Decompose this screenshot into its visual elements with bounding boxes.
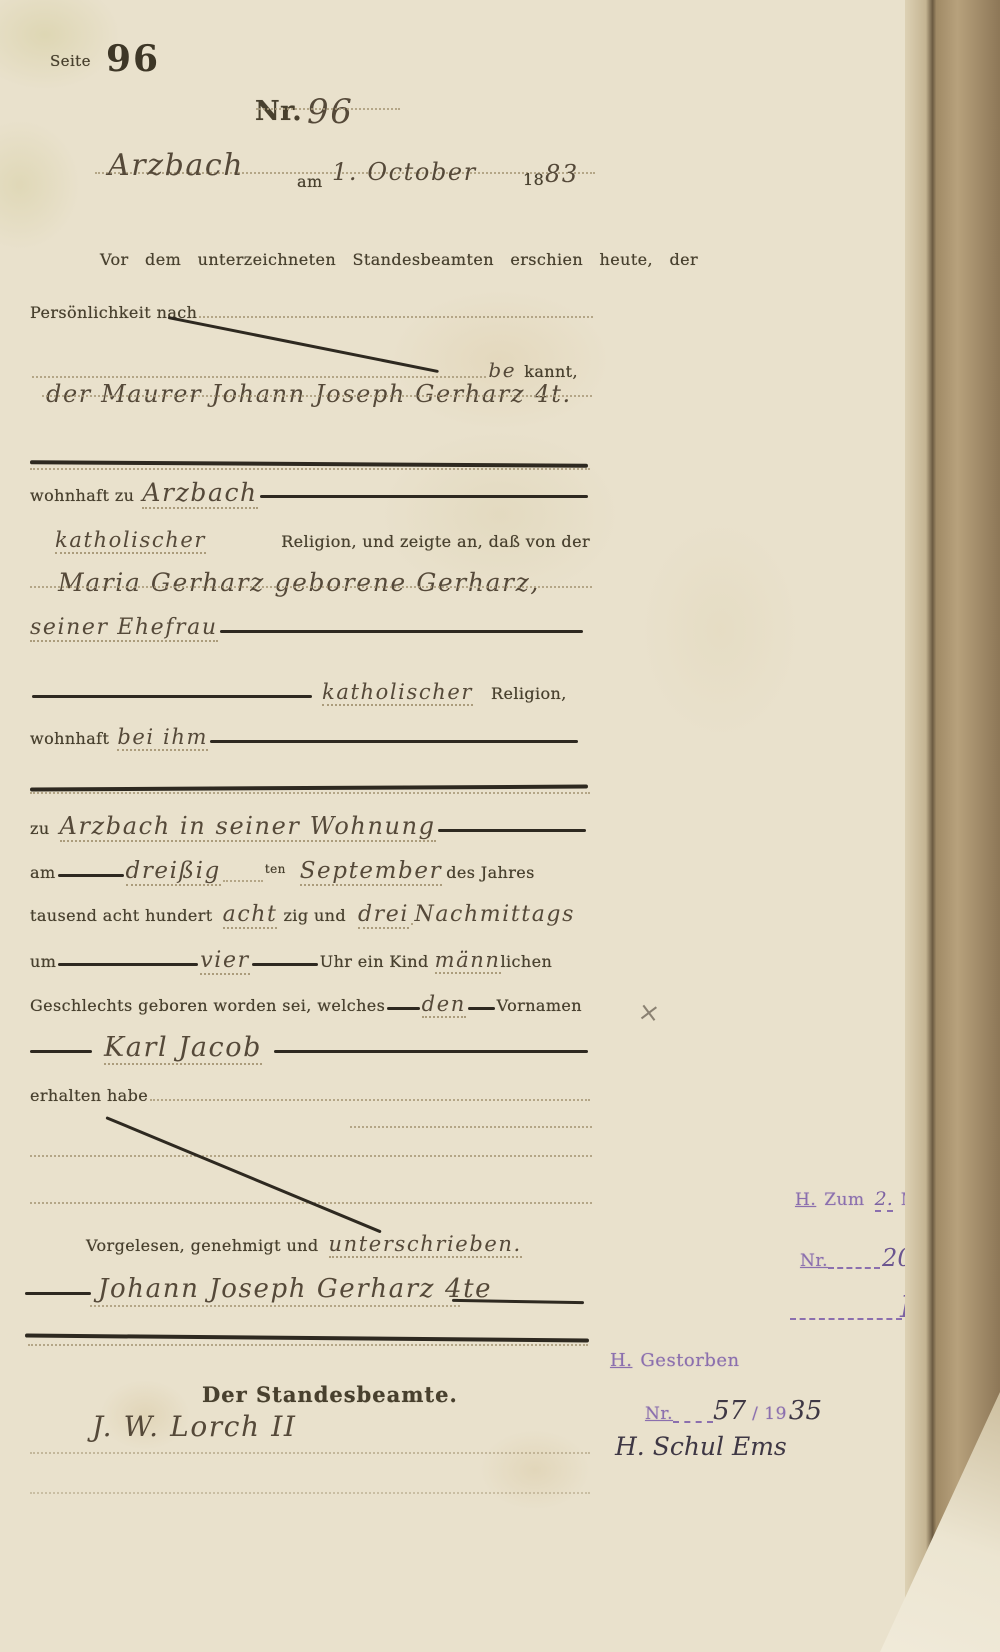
form-line-religion1: katholischer Religion, und zeigte an, da… bbox=[55, 528, 590, 554]
blank-line bbox=[30, 792, 590, 794]
birthplace-entry: Arzbach in seiner Wohnung bbox=[60, 812, 436, 842]
bei-ihm-entry: bei ihm bbox=[117, 725, 208, 751]
religion2-label: Religion, bbox=[491, 684, 567, 703]
unterschrieben-entry: unterschrieben. bbox=[329, 1232, 522, 1258]
blank-line bbox=[30, 1492, 590, 1494]
day-entry: dreißig bbox=[126, 858, 221, 886]
stamp-h-label: H. bbox=[610, 1350, 632, 1371]
lichen-label: lichen bbox=[501, 952, 553, 971]
stamp-nr-label: Nr. bbox=[645, 1404, 673, 1424]
strike-line bbox=[32, 695, 312, 698]
geschlechts-label: Geschlechts geboren worden sei, welches bbox=[30, 996, 385, 1015]
page-edge-gutter bbox=[905, 0, 1000, 1652]
form-line-wohnhaft-zu: wohnhaft zu Arzbach bbox=[30, 478, 590, 509]
register-page: Seite 96 Nr. 96 Arzbach am 1. October 18… bbox=[0, 0, 1000, 1652]
strike-line bbox=[274, 1050, 588, 1053]
stamp-blank bbox=[673, 1421, 713, 1423]
erhalten-habe-label: erhalten habe bbox=[30, 1086, 148, 1105]
paper-stain bbox=[640, 520, 800, 740]
form-line-religion2: katholischer Religion, bbox=[30, 680, 585, 706]
child-name-entry: Karl Jacob bbox=[104, 1032, 262, 1065]
declarant-entry: der Maurer Johann Joseph Gerharz 4t. bbox=[46, 380, 572, 408]
blank-line bbox=[223, 880, 263, 882]
record-nr-label: Nr. bbox=[255, 96, 302, 127]
strike-line bbox=[252, 963, 318, 966]
stamp-h-label: H. bbox=[795, 1190, 816, 1210]
blank-line bbox=[32, 376, 486, 378]
be-entry: be bbox=[488, 358, 516, 382]
strike-line bbox=[25, 1334, 589, 1343]
stamp-zum-label: Zum bbox=[824, 1190, 864, 1210]
form-line-childname: Karl Jacob bbox=[28, 1032, 590, 1065]
strike-line bbox=[30, 1050, 92, 1053]
form-line-vorgelesen: Vorgelesen, genehmigt und unterschrieben… bbox=[86, 1232, 516, 1258]
stamp-death: H. Gestorben bbox=[610, 1350, 830, 1371]
blank-line bbox=[30, 468, 590, 470]
strike-line bbox=[210, 740, 578, 743]
stamp-times-entry: 2. bbox=[875, 1188, 893, 1212]
residence-entry: Arzbach bbox=[142, 478, 257, 509]
strike-line bbox=[30, 460, 588, 467]
date-entry: 1. October bbox=[332, 158, 477, 186]
record-nr-value: 96 bbox=[307, 92, 353, 132]
form-line-birthday: am dreißig ten September des Jahres bbox=[30, 858, 588, 886]
religion2-entry: katholischer bbox=[322, 680, 473, 706]
blank-line bbox=[199, 316, 593, 318]
form-line-erhalten: erhalten habe bbox=[30, 1086, 592, 1105]
form-line-bekannt: be kannt, bbox=[30, 358, 578, 382]
stamp-gestorben-label: Gestorben bbox=[640, 1350, 739, 1371]
strike-line bbox=[468, 1007, 495, 1010]
blank-line bbox=[30, 1155, 592, 1157]
blank-line bbox=[90, 1305, 460, 1307]
strike-diagonal bbox=[105, 1116, 381, 1233]
uhr-kind-label: Uhr ein Kind bbox=[320, 952, 429, 971]
drei-entry: drei bbox=[358, 902, 409, 929]
form-intro: Vor dem unterzeichneten Standesbeamten e… bbox=[100, 250, 595, 269]
zu-label: zu bbox=[30, 819, 50, 838]
death-year-entry: 35 bbox=[789, 1396, 822, 1426]
blank-line bbox=[42, 395, 592, 397]
strike-line bbox=[58, 963, 198, 966]
strike-line bbox=[438, 829, 586, 832]
den-entry: den bbox=[422, 992, 466, 1018]
stamp-death-nr: Nr. 57 / 19 35 bbox=[645, 1396, 905, 1426]
seite-label: Seite bbox=[50, 52, 91, 70]
declarant-signature: Johann Joseph Gerharz 4te bbox=[98, 1274, 492, 1304]
stamp-nr-label: Nr. bbox=[800, 1251, 828, 1271]
blank-line bbox=[30, 1452, 590, 1454]
acht-entry: acht bbox=[223, 902, 278, 929]
month-entry: September bbox=[300, 858, 442, 886]
vornamen-label: Vornamen bbox=[497, 996, 582, 1015]
form-line-hour: um vier Uhr ein Kind männ lichen bbox=[30, 948, 582, 975]
death-nr-entry: 57 bbox=[713, 1396, 746, 1426]
religion1-entry: katholischer bbox=[55, 528, 206, 554]
religion1-label: Religion, und zeigte an, daß von der bbox=[281, 532, 590, 551]
page-number: 96 bbox=[106, 38, 160, 80]
am2-label: am bbox=[30, 863, 56, 882]
stamp-blank bbox=[828, 1267, 880, 1269]
death-registrar-signature: H. Schul Ems bbox=[615, 1432, 787, 1461]
blank-line bbox=[150, 1099, 590, 1101]
form-line-ehefrau: seiner Ehefrau bbox=[30, 615, 585, 642]
um-label: um bbox=[30, 952, 56, 971]
ehefrau-entry: seiner Ehefrau bbox=[30, 615, 218, 642]
blank-line bbox=[411, 923, 412, 925]
strike-line bbox=[220, 630, 583, 633]
paper-stain bbox=[480, 1430, 590, 1510]
strike-line bbox=[58, 874, 124, 877]
daytime-entry: Nachmittags bbox=[414, 902, 575, 927]
stamp-slash-label: / 19 bbox=[752, 1404, 787, 1424]
form-line-vornamen: Geschlechts geboren worden sei, welches … bbox=[30, 992, 582, 1018]
strike-line bbox=[30, 785, 588, 792]
place-entry: Arzbach bbox=[108, 148, 244, 183]
century-print: 18 bbox=[523, 170, 544, 189]
form-line-birthplace: zu Arzbach in seiner Wohnung bbox=[30, 812, 588, 842]
strike-line bbox=[260, 495, 588, 498]
form-line-bei-ihm: wohnhaft bei ihm bbox=[30, 725, 580, 751]
wohnhaft-label: wohnhaft bbox=[30, 729, 109, 748]
hour-entry: vier bbox=[200, 948, 249, 975]
year-entry: 83 bbox=[545, 160, 579, 188]
vorgelesen-label: Vorgelesen, genehmigt und bbox=[86, 1236, 319, 1255]
pencil-x-mark: × bbox=[636, 997, 662, 1030]
des-jahres-label: des Jahres bbox=[446, 863, 535, 882]
wohnhaft-zu-label: wohnhaft zu bbox=[30, 486, 134, 505]
form-line-persoenlichkeit: Persönlichkeit nach bbox=[30, 303, 595, 322]
standesbeamte-heading: Der Standesbeamte. bbox=[202, 1382, 458, 1407]
registrar-signature: J. W. Lorch II bbox=[92, 1410, 297, 1443]
zig-und-label: zig und bbox=[283, 906, 346, 925]
gender-entry: männ bbox=[435, 948, 501, 974]
paper-stain bbox=[0, 0, 120, 90]
mother-entry: Maria Gerharz geborene Gerharz, bbox=[58, 568, 540, 597]
blank-line bbox=[256, 108, 400, 110]
blank-line bbox=[350, 1126, 592, 1128]
kannt-label: kannt, bbox=[524, 362, 578, 381]
strike-line bbox=[387, 1007, 419, 1010]
blank-line bbox=[28, 1344, 588, 1346]
blank-line bbox=[30, 586, 592, 588]
tausend-label: tausend acht hundert bbox=[30, 906, 213, 925]
am-label: am bbox=[297, 172, 323, 191]
ten-label: ten bbox=[265, 862, 286, 876]
paper-stain bbox=[0, 120, 80, 250]
stamp-blank bbox=[790, 1318, 902, 1320]
form-line-year-words: tausend acht hundert acht zig und drei N… bbox=[30, 902, 575, 929]
strike-line bbox=[25, 1292, 91, 1295]
